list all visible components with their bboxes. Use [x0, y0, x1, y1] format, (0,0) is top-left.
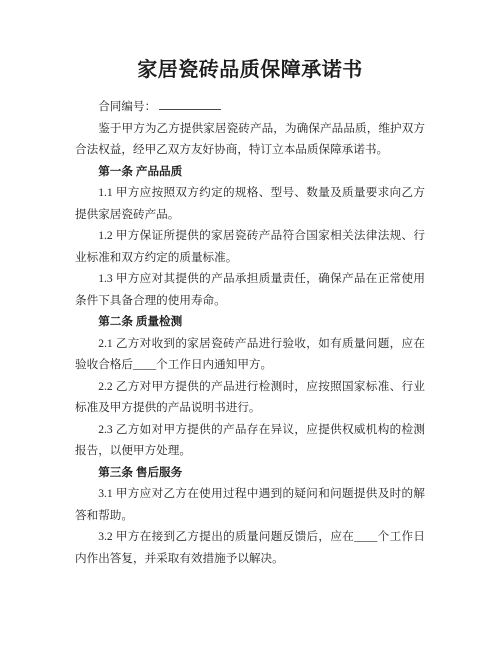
clause-paragraph: 3.1 甲方应对乙方在使用过程中遇到的疑问和问题提供及时的解答和帮助。 [75, 483, 425, 526]
document-title: 家居瓷砖品质保障承诺书 [75, 56, 425, 84]
section-heading: 第一条 产品品质 [75, 161, 425, 183]
section-heading: 第二条 质量检测 [75, 311, 425, 333]
contract-number-blank [159, 97, 221, 110]
clause-paragraph: 2.2 乙方对甲方提供的产品进行检测时，应按照国家标准、行业标准及甲方提供的产品… [75, 376, 425, 419]
clause-paragraph: 1.2 甲方保证所提供的家居瓷砖产品符合国家相关法律法规、行业标准和双方约定的质… [75, 225, 425, 268]
section-heading: 第三条 售后服务 [75, 462, 425, 484]
document-page: 家居瓷砖品质保障承诺书 合同编号： 鉴于甲方为乙方提供家居瓷砖产品，为确保产品品… [0, 0, 500, 647]
document-body: 合同编号： 鉴于甲方为乙方提供家居瓷砖产品，为确保产品品质，维护双方合法权益，经… [75, 96, 425, 569]
clause-paragraph: 3.2 甲方在接到乙方提出的质量问题反馈后，应在____个工作日内作出答复，并采… [75, 526, 425, 569]
clause-paragraph: 2.3 乙方如对甲方提供的产品存在异议，应提供权威机构的检测报告，以便甲方处理。 [75, 419, 425, 462]
document-clauses: 鉴于甲方为乙方提供家居瓷砖产品，为确保产品品质，维护双方合法权益，经甲乙双方友好… [75, 118, 425, 570]
clause-paragraph: 鉴于甲方为乙方提供家居瓷砖产品，为确保产品品质，维护双方合法权益，经甲乙双方友好… [75, 118, 425, 161]
contract-number-line: 合同编号： [75, 96, 425, 118]
clause-paragraph: 1.3 甲方应对其提供的产品承担质量责任，确保产品在正常使用条件下具备合理的使用… [75, 268, 425, 311]
clause-paragraph: 1.1 甲方应按照双方约定的规格、型号、数量及质量要求向乙方提供家居瓷砖产品。 [75, 182, 425, 225]
contract-number-label: 合同编号： [98, 100, 156, 113]
clause-paragraph: 2.1 乙方对收到的家居瓷砖产品进行验收，如有质量问题，应在验收合格后____个… [75, 333, 425, 376]
